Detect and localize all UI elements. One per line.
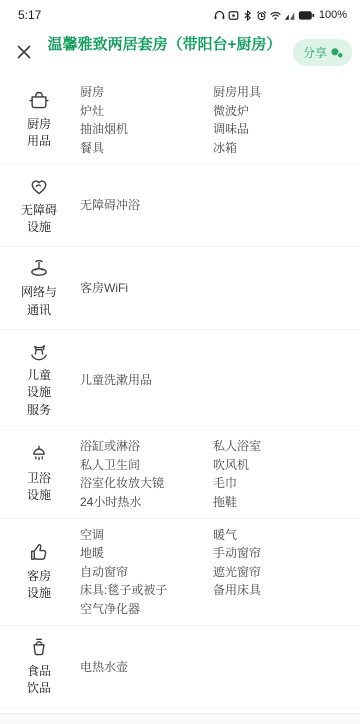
amenity-item: 儿童洗漱用品 <box>80 374 213 386</box>
section-label: 网络与通讯 <box>21 284 57 319</box>
screen-record-icon <box>228 10 239 21</box>
section-side: 客房设施 <box>14 541 64 603</box>
kettle-icon <box>28 636 50 658</box>
amenity-item: 吹风机 <box>213 459 346 471</box>
amenity-item: 抽油烟机 <box>80 123 213 135</box>
share-button[interactable]: 分享 <box>293 39 352 66</box>
battery-percent: 100% <box>319 9 347 21</box>
items-column-2: 暖气手动窗帘遮光窗帘备用床具 <box>213 529 346 615</box>
section-items: 儿童洗漱用品 <box>80 374 346 386</box>
amenity-item: 空调 <box>80 529 213 541</box>
thumb-up-icon <box>28 541 50 563</box>
section-items: 客房WiFi <box>80 282 346 294</box>
accessible-heart-icon <box>28 175 50 197</box>
amenity-item: 炉灶 <box>80 105 213 117</box>
items-column-1: 客房WiFi <box>80 282 213 294</box>
section-items: 无障碍冲浴 <box>80 199 346 211</box>
amenity-item: 地暖 <box>80 547 213 559</box>
amenity-item: 餐具 <box>80 142 213 154</box>
bluetooth-icon <box>242 10 253 21</box>
header: 温馨雅致两居套房（带阳台+厨房） 分享 <box>0 26 360 76</box>
items-column-2: 私人浴室吹风机毛巾拖鞋 <box>213 440 346 508</box>
share-bubbles-icon <box>330 47 344 59</box>
section-side: 厨房用品 <box>14 89 64 151</box>
section-side: 无障碍设施 <box>14 175 64 237</box>
pot-icon <box>28 89 50 111</box>
amenity-item: 微波炉 <box>213 105 346 117</box>
amenity-item: 24小时热水 <box>80 496 213 508</box>
amenity-item: 私人卫生间 <box>80 459 213 471</box>
status-icons-box <box>214 10 315 21</box>
section-side: 网络与通讯 <box>14 257 64 319</box>
items-column-2: 厨房用具微波炉调味品冰箱 <box>213 86 346 154</box>
amenity-item: 手动窗帘 <box>213 547 346 559</box>
amenity-item: 浴室化妆放大镜 <box>80 477 213 489</box>
items-column-2 <box>213 661 346 673</box>
section-label: 食品饮品 <box>27 663 51 698</box>
section-label: 儿童设施服务 <box>27 367 51 419</box>
amenity-section: 厨房用品 厨房炉灶抽油烟机餐具 厨房用具微波炉调味品冰箱 <box>0 76 360 165</box>
headset-icon <box>214 10 225 21</box>
close-icon[interactable] <box>12 40 36 64</box>
amenity-item: 遮光窗帘 <box>213 566 346 578</box>
amenity-section: 食品饮品 电热水壶 <box>0 626 360 709</box>
section-items: 空调地暖自动窗帘床具:毯子或被子空气净化器 暖气手动窗帘遮光窗帘备用床具 <box>80 529 346 615</box>
amenity-item: 无障碍冲浴 <box>80 199 213 211</box>
signal-icon <box>284 10 295 21</box>
amenity-item: 厨房用具 <box>213 86 346 98</box>
items-column-1: 空调地暖自动窗帘床具:毯子或被子空气净化器 <box>80 529 213 615</box>
amenity-item: 空气净化器 <box>80 603 213 615</box>
amenity-item: 备用床具 <box>213 584 346 596</box>
items-column-1: 厨房炉灶抽油烟机餐具 <box>80 86 213 154</box>
amenity-item: 私人浴室 <box>213 440 346 452</box>
amenity-item: 调味品 <box>213 123 346 135</box>
status-time: 5:17 <box>18 8 41 22</box>
section-side: 儿童设施服务 <box>14 340 64 419</box>
section-items: 浴缸或淋浴私人卫生间浴室化妆放大镜24小时热水 私人浴室吹风机毛巾拖鞋 <box>80 440 346 508</box>
items-column-2 <box>213 199 346 211</box>
items-column-1: 电热水壶 <box>80 661 213 673</box>
amenity-item: 毛巾 <box>213 477 346 489</box>
section-label: 无障碍设施 <box>21 202 57 237</box>
section-items: 厨房炉灶抽油烟机餐具 厨房用具微波炉调味品冰箱 <box>80 86 346 154</box>
section-label: 客房设施 <box>27 568 51 603</box>
amenity-item: 冰箱 <box>213 142 346 154</box>
share-label: 分享 <box>303 44 327 61</box>
items-column-2 <box>213 282 346 294</box>
section-side: 卫浴设施 <box>14 443 64 505</box>
amenity-item: 浴缸或淋浴 <box>80 440 213 452</box>
amenity-item: 拖鞋 <box>213 496 346 508</box>
items-column-1: 儿童洗漱用品 <box>80 374 213 386</box>
shower-icon <box>28 443 50 465</box>
screen: 5:17 100% 温馨雅致两居套房（带阳台+厨房） 分享 厨房用品 厨房炉灶抽… <box>0 0 360 724</box>
amenity-item: 厨房 <box>80 86 213 98</box>
items-column-1: 浴缸或淋浴私人卫生间浴室化妆放大镜24小时热水 <box>80 440 213 508</box>
amenity-section: 卫浴设施 浴缸或淋浴私人卫生间浴室化妆放大镜24小时热水 私人浴室吹风机毛巾拖鞋 <box>0 430 360 519</box>
router-icon <box>28 257 50 279</box>
amenity-section: 网络与通讯 客房WiFi <box>0 247 360 330</box>
items-column-1: 无障碍冲浴 <box>80 199 213 211</box>
bottom-strip <box>0 713 360 724</box>
alarm-icon <box>256 10 267 21</box>
section-items: 电热水壶 <box>80 661 346 673</box>
section-label: 厨房用品 <box>27 116 51 151</box>
status-icons: 100% <box>214 9 347 21</box>
amenity-item: 电热水壶 <box>80 661 213 673</box>
amenity-item: 自动窗帘 <box>80 566 213 578</box>
page-title: 温馨雅致两居套房（带阳台+厨房） <box>36 34 293 55</box>
items-column-2 <box>213 374 346 386</box>
status-bar: 5:17 100% <box>0 0 360 26</box>
battery-icon <box>298 10 315 21</box>
amenity-item: 床具:毯子或被子 <box>80 584 213 596</box>
amenities-list: 厨房用品 厨房炉灶抽油烟机餐具 厨房用具微波炉调味品冰箱 无障碍设施 无障碍冲浴… <box>0 76 360 709</box>
amenity-section: 无障碍设施 无障碍冲浴 <box>0 165 360 248</box>
amenity-item: 客房WiFi <box>80 282 213 294</box>
amenity-item: 暖气 <box>213 529 346 541</box>
amenity-section: 客房设施 空调地暖自动窗帘床具:毯子或被子空气净化器 暖气手动窗帘遮光窗帘备用床… <box>0 519 360 626</box>
section-label: 卫浴设施 <box>27 470 51 505</box>
amenity-section: 儿童设施服务 儿童洗漱用品 <box>0 330 360 430</box>
section-side: 食品饮品 <box>14 636 64 698</box>
rocking-horse-icon <box>28 340 50 362</box>
wifi-icon <box>270 10 281 21</box>
